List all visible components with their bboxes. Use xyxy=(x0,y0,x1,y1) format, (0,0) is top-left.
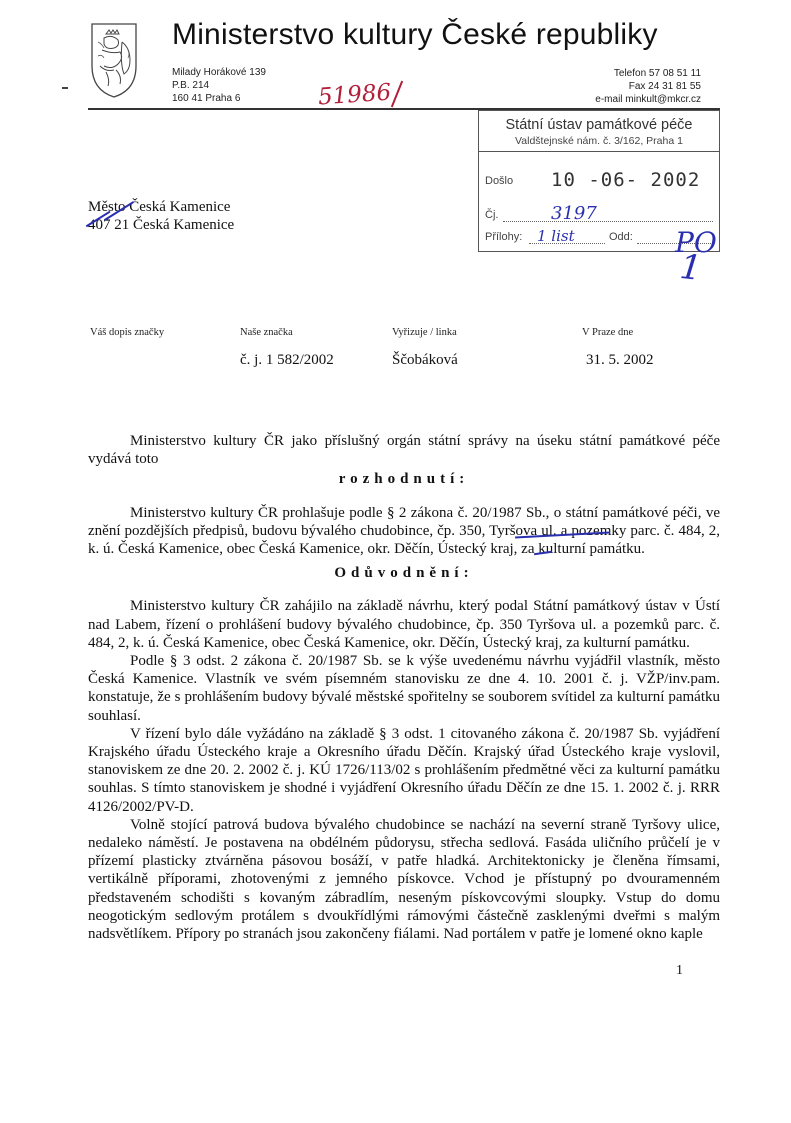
handwritten-mark: 1 xyxy=(678,247,704,289)
reasoning-heading: Odůvodnění: xyxy=(88,564,720,582)
margin-mark xyxy=(62,87,68,89)
your-ref-label: Váš dopis značky xyxy=(90,327,164,338)
handler-label: Vyřizuje / linka xyxy=(392,327,457,338)
date-label: V Praze dne xyxy=(582,327,633,338)
handwritten-slash xyxy=(391,81,403,108)
reasoning-paragraph: Ministerstvo kultury ČR zahájilo na zákl… xyxy=(88,597,720,652)
handwritten-registry-number: 51986 xyxy=(317,79,392,110)
stamp-reference-line xyxy=(503,221,713,222)
fax: Fax 24 31 81 55 xyxy=(595,80,701,93)
address-line: Milady Horákové 139 xyxy=(172,66,266,79)
email: e-mail minkult@mkcr.cz xyxy=(595,93,701,106)
decision-paragraph: Ministerstvo kultury ČR prohlašuje podle… xyxy=(88,504,720,559)
stamp-organization: Státní ústav památkové péče xyxy=(479,111,719,133)
stamp-address: Valdštejnské nám. č. 3/162, Praha 1 xyxy=(479,133,719,147)
stamp-department-label: Odd: xyxy=(609,231,633,243)
stamp-reference-label: Čj. xyxy=(485,209,498,221)
ministry-title: Ministerstvo kultury České republiky xyxy=(172,18,658,52)
reasoning-paragraph: V řízení bylo dále vyžádáno na základě §… xyxy=(88,725,720,816)
reasoning-paragraph: Volně stojící patrová budova bývalého ch… xyxy=(88,816,720,943)
date-value: 31. 5. 2002 xyxy=(586,352,654,369)
address-line: 160 41 Praha 6 xyxy=(172,92,266,105)
recipient-line: 407 21 Česká Kamenice xyxy=(88,216,234,234)
ministry-address: Milady Horákové 139 P.B. 214 160 41 Prah… xyxy=(172,66,266,105)
stamp-attachments-label: Přílohy: xyxy=(485,231,522,243)
czech-lion-coat-of-arms-icon xyxy=(88,20,140,100)
page-number: 1 xyxy=(676,963,683,979)
letter-body: Ministerstvo kultury ČR jako příslušný o… xyxy=(88,432,720,943)
stamp-reference-value: 3197 xyxy=(551,203,597,224)
reasoning-paragraph: Podle § 3 odst. 2 zákona č. 20/1987 Sb. … xyxy=(88,652,720,725)
our-ref-label: Naše značka xyxy=(240,327,293,338)
stamp-attachments-value: 1 list xyxy=(537,227,575,245)
intro-paragraph: Ministerstvo kultury ČR jako příslušný o… xyxy=(88,432,720,468)
address-line: P.B. 214 xyxy=(172,79,266,92)
phone: Telefon 57 08 51 11 xyxy=(595,67,701,80)
stamp-received-label: Došlo xyxy=(485,175,513,187)
recipient-line: Město Česká Kamenice xyxy=(88,198,234,216)
ministry-contact: Telefon 57 08 51 11 Fax 24 31 81 55 e-ma… xyxy=(595,67,701,106)
our-ref-value: č. j. 1 582/2002 xyxy=(240,352,334,369)
receipt-stamp: Státní ústav památkové péče Valdštejnské… xyxy=(478,110,720,252)
decision-heading: rozhodnutí: xyxy=(88,470,720,488)
handler-value: Ščobáková xyxy=(392,352,458,369)
stamp-received-date: 10 -06- 2002 xyxy=(551,169,700,191)
stamp-header: Státní ústav památkové péče Valdštejnské… xyxy=(479,111,719,152)
